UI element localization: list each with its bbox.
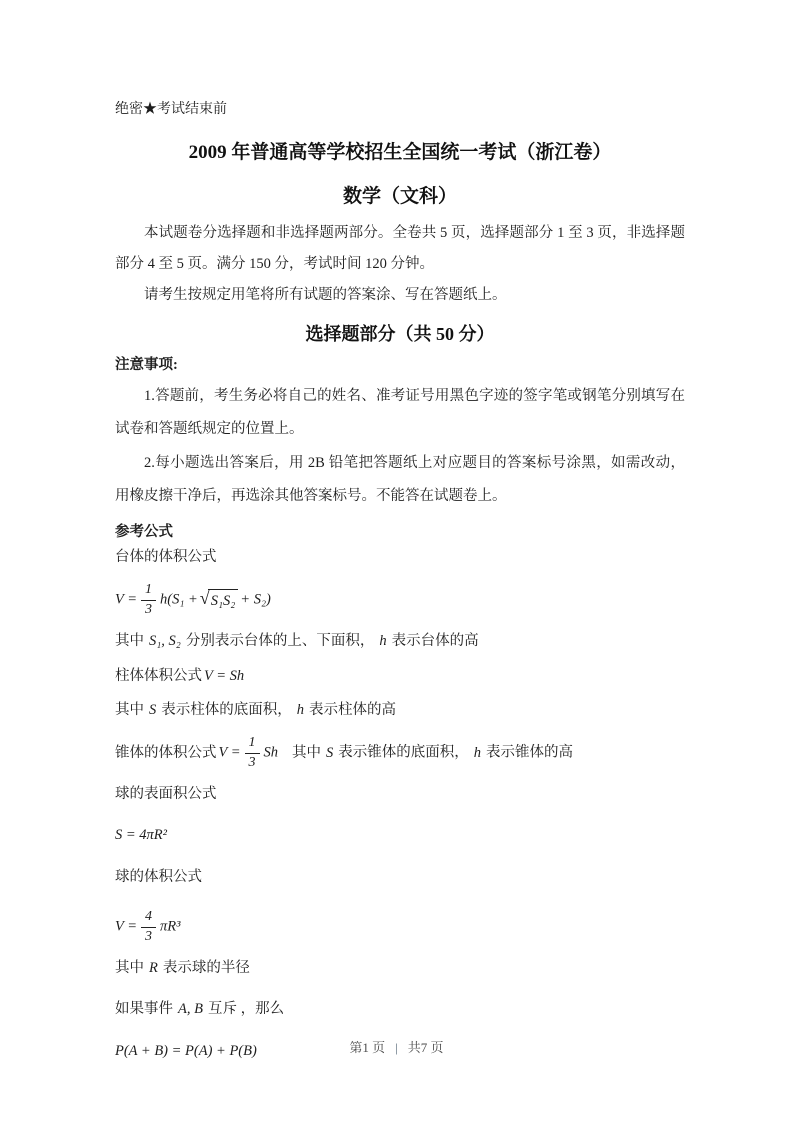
cone-volume-label: 锥体的体积公式 — [115, 745, 217, 761]
taper-volume-note: 其中S₁, S₂分别表示台体的上、下面积，h表示台体的高 — [115, 631, 685, 653]
prism-volume-formula: V = Sh — [204, 668, 244, 684]
taper-formula-fraction: 13 — [141, 582, 156, 619]
taper-formula-sqrt: √S₁S₂ — [200, 589, 238, 613]
sphere-volume-fraction: 43 — [141, 909, 156, 946]
sphere-surface-formula: S = 4πR² — [115, 825, 685, 847]
sphere-surface-formula-text: S = 4πR² — [115, 827, 167, 843]
fraction-numerator: 1 — [141, 582, 156, 601]
formulas-heading: 参考公式 — [115, 518, 685, 547]
taper-formula-lhs: V = — [115, 592, 137, 608]
note-text: 表示柱体的高 — [309, 702, 396, 718]
taper-formula-mid: h(S₁ + — [160, 592, 198, 608]
prism-volume-label: 柱体体积公式 — [115, 668, 202, 684]
note-variable: R — [149, 960, 158, 976]
sphere-volume-label: 球的体积公式 — [115, 867, 685, 889]
fraction-numerator: 4 — [141, 909, 156, 928]
note-text: 其中 — [115, 633, 144, 649]
sphere-surface-label: 球的表面积公式 — [115, 784, 685, 806]
note-text: 分别表示台体的上、下面积， — [186, 633, 375, 649]
exam-subject-title: 数学（文科） — [115, 181, 685, 208]
note-item-2: 2.每小题选出答案后，用 2B 铅笔把答题纸上对应题目的答案标号涂黑，如需改动，… — [115, 447, 685, 514]
note-text: 其中 — [115, 702, 144, 718]
section-heading: 选择题部分（共 50 分） — [115, 320, 685, 346]
note-text: 如果事件 — [115, 1001, 173, 1017]
note-variable: S — [326, 745, 333, 761]
cone-volume-line: 锥体的体积公式V =13Sh其中S表示锥体的底面积，h表示锥体的高 — [115, 735, 685, 772]
fraction-denominator: 3 — [145, 928, 152, 946]
note-item-1: 1.答题前，考生务必将自己的姓名、准考证号用黑色字迹的签字笔或钢笔分别填写在试卷… — [115, 380, 685, 447]
intro-instruction: 请考生按规定用笔将所有试题的答案涂、写在答题纸上。 — [115, 280, 685, 311]
cone-formula-lhs: V = — [219, 745, 241, 761]
notes-heading: 注意事项: — [115, 351, 685, 380]
page-footer: 第1 页|共7 页 — [0, 1037, 793, 1056]
taper-formula-tail: + S₂) — [240, 592, 271, 608]
note-variable: h — [297, 702, 304, 718]
note-variable: h — [379, 633, 386, 649]
fraction-denominator: 3 — [145, 601, 152, 619]
note-variable: h — [474, 745, 481, 761]
sphere-volume-tail: πR³ — [160, 919, 180, 935]
prism-volume-note: 其中S表示柱体的底面积，h表示柱体的高 — [115, 700, 685, 722]
note-text: 其中 — [115, 960, 144, 976]
note-text: 其中 — [292, 745, 321, 761]
prism-volume-line: 柱体体积公式V = Sh — [115, 666, 685, 688]
sphere-volume-lhs: V = — [115, 919, 137, 935]
footer-separator: | — [395, 1040, 398, 1055]
note-text: 表示台体的高 — [392, 633, 479, 649]
note-text: 表示球的半径 — [163, 960, 250, 976]
fraction-denominator: 3 — [249, 754, 256, 772]
taper-volume-label: 台体的体积公式 — [115, 547, 685, 569]
page-total: 共7 页 — [408, 1040, 444, 1055]
sphere-surface-label-text: 球的表面积公式 — [115, 786, 217, 802]
intro-paragraph: 本试题卷分选择题和非选择题两部分。全卷共 5 页，选择题部分 1 至 3 页，非… — [115, 218, 685, 280]
cone-formula-fraction: 13 — [245, 735, 260, 772]
cone-formula-tail: Sh — [264, 745, 279, 761]
note-text: 表示锥体的高 — [486, 745, 573, 761]
exam-document-page: 绝密★考试结束前 2009 年普通高等学校招生全国统一考试（浙江卷） 数学（文科… — [0, 0, 793, 1122]
note-text: 表示锥体的底面积， — [338, 745, 469, 761]
sphere-volume-formula: V =43πR³ — [115, 909, 685, 946]
event-variables: A, B — [178, 1001, 203, 1017]
exam-title: 2009 年普通高等学校招生全国统一考试（浙江卷） — [115, 137, 685, 164]
taper-volume-formula: V =13h(S₁ +√S₁S₂+ S₂) — [115, 582, 685, 619]
sphere-volume-label-text: 球的体积公式 — [115, 869, 202, 885]
note-variables: S₁, S₂ — [149, 633, 181, 649]
mutually-exclusive-intro: 如果事件A, B互斥 ，那么 — [115, 999, 685, 1021]
note-text: 表示柱体的底面积， — [161, 702, 292, 718]
taper-volume-label-text: 台体的体积公式 — [115, 549, 217, 565]
secrecy-notice: 绝密★考试结束前 — [115, 100, 685, 120]
note-variable: S — [149, 702, 156, 718]
fraction-numerator: 1 — [245, 735, 260, 754]
radicand: S₁S₂ — [208, 589, 239, 613]
note-text: 互斥 ，那么 — [208, 1001, 284, 1017]
page-number: 第1 页 — [349, 1040, 385, 1055]
sphere-radius-note: 其中R表示球的半径 — [115, 958, 685, 980]
